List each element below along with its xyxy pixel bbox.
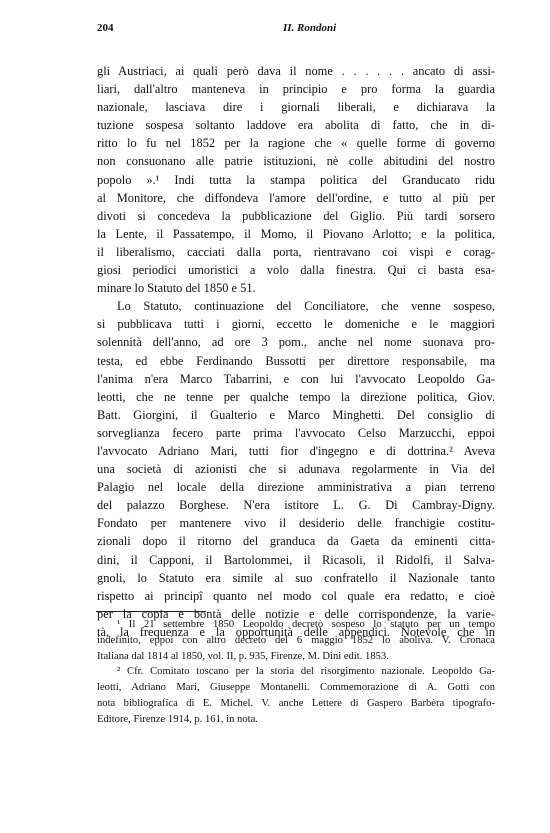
text-line: zionali dopo il ritorno del granduca da … [97, 532, 495, 550]
footnote-line: nota bibliografica di E. Michel. V. anch… [97, 696, 495, 712]
text-line: Fondato per mantenere vivo il desiderio … [97, 514, 495, 532]
footnote-line: Italiana dal 1814 al 1850, vol. II, p. 9… [97, 649, 495, 665]
page-header: 204 II. Rondoni [97, 22, 495, 38]
text-line: Palagio nel locale della direzione ammin… [97, 478, 495, 496]
footnote-line: Editore, Firenze 1914, p. 161, in nota. [97, 712, 495, 728]
text-line: gnoli, lo Statuto era simile al suo conf… [97, 569, 495, 587]
text-line: l'anima n'era Marco Tabarrini, e con lui… [97, 370, 495, 388]
main-text: gli Austriaci, ai quali però dava il nom… [97, 62, 495, 641]
text-line: liari, dall'altro manteneva in principio… [97, 80, 495, 98]
text-line: al Monitore, che diffondeva l'amore dell… [97, 189, 495, 207]
footnote-1: ¹ Il 21 settembre 1850 Leopoldo decretò … [97, 617, 495, 633]
text-line: divoti si concedeva la pubblicazione del… [97, 207, 495, 225]
text-line: non consuonano alle patrie istituzioni, … [97, 152, 495, 170]
text-line: ritto lo fu nel 1852 per la ragione che … [97, 134, 495, 152]
text-line: una società di azionisti che si adunava … [97, 460, 495, 478]
text-line: gli Austriaci, ai quali però dava il nom… [97, 62, 495, 80]
page-number: 204 [97, 22, 114, 34]
running-head: II. Rondoni [283, 22, 336, 34]
footnote-line: indefinito, eppoi con altro decreto del … [97, 633, 495, 649]
text-line: nazionale, lasciava dire i giornali libe… [97, 98, 495, 116]
footnote-line: leotti, Adriano Mari, Giuseppe Montanell… [97, 680, 495, 696]
text-line: dini, il Capponi, il Bartolommei, il Ric… [97, 551, 495, 569]
text-line: Batt. Giorgini, il Gualterio e Marco Min… [97, 406, 495, 424]
text-line: leotti, che ne tenne per qualche tempo l… [97, 388, 495, 406]
text-line: minare lo Statuto del 1850 e 51. [97, 279, 495, 297]
text-line: solennità dell'anno, ad ore 3 pom., anch… [97, 333, 495, 351]
footnote-2: ² Cfr. Comitato toscano per la storia de… [97, 664, 495, 680]
text-line: rispetto ai principî quanto nel modo col… [97, 587, 495, 605]
text-line: popolo ».¹ Indi tutta la stampa politica… [97, 171, 495, 189]
text-line: si pubblicava tutti i giorni, eccetto le… [97, 315, 495, 333]
text-line: tuzione sospesa soltanto laddove era abo… [97, 116, 495, 134]
text-line: testa, ed ebbe Ferdinando Bussotti per d… [97, 352, 495, 370]
text-line: del palazzo Borghese. N'era istitore L. … [97, 496, 495, 514]
footnote-separator [96, 611, 206, 612]
text-line: il liberalismo, cacciati dalla porta, ri… [97, 243, 495, 261]
text-line: la Lente, il Passatempo, il Momo, il Pio… [97, 225, 495, 243]
footnotes: ¹ Il 21 settembre 1850 Leopoldo decretò … [97, 617, 495, 728]
paragraph-first-line: Lo Statuto, continuazione del Conciliato… [97, 297, 495, 315]
text-line: sorveglianza fecero parte prima l'avvoca… [97, 424, 495, 442]
text-line: l'avvocato Adriano Mari, tutti fior d'in… [97, 442, 495, 460]
text-line: giosi periodici umoristici a volo dalla … [97, 261, 495, 279]
